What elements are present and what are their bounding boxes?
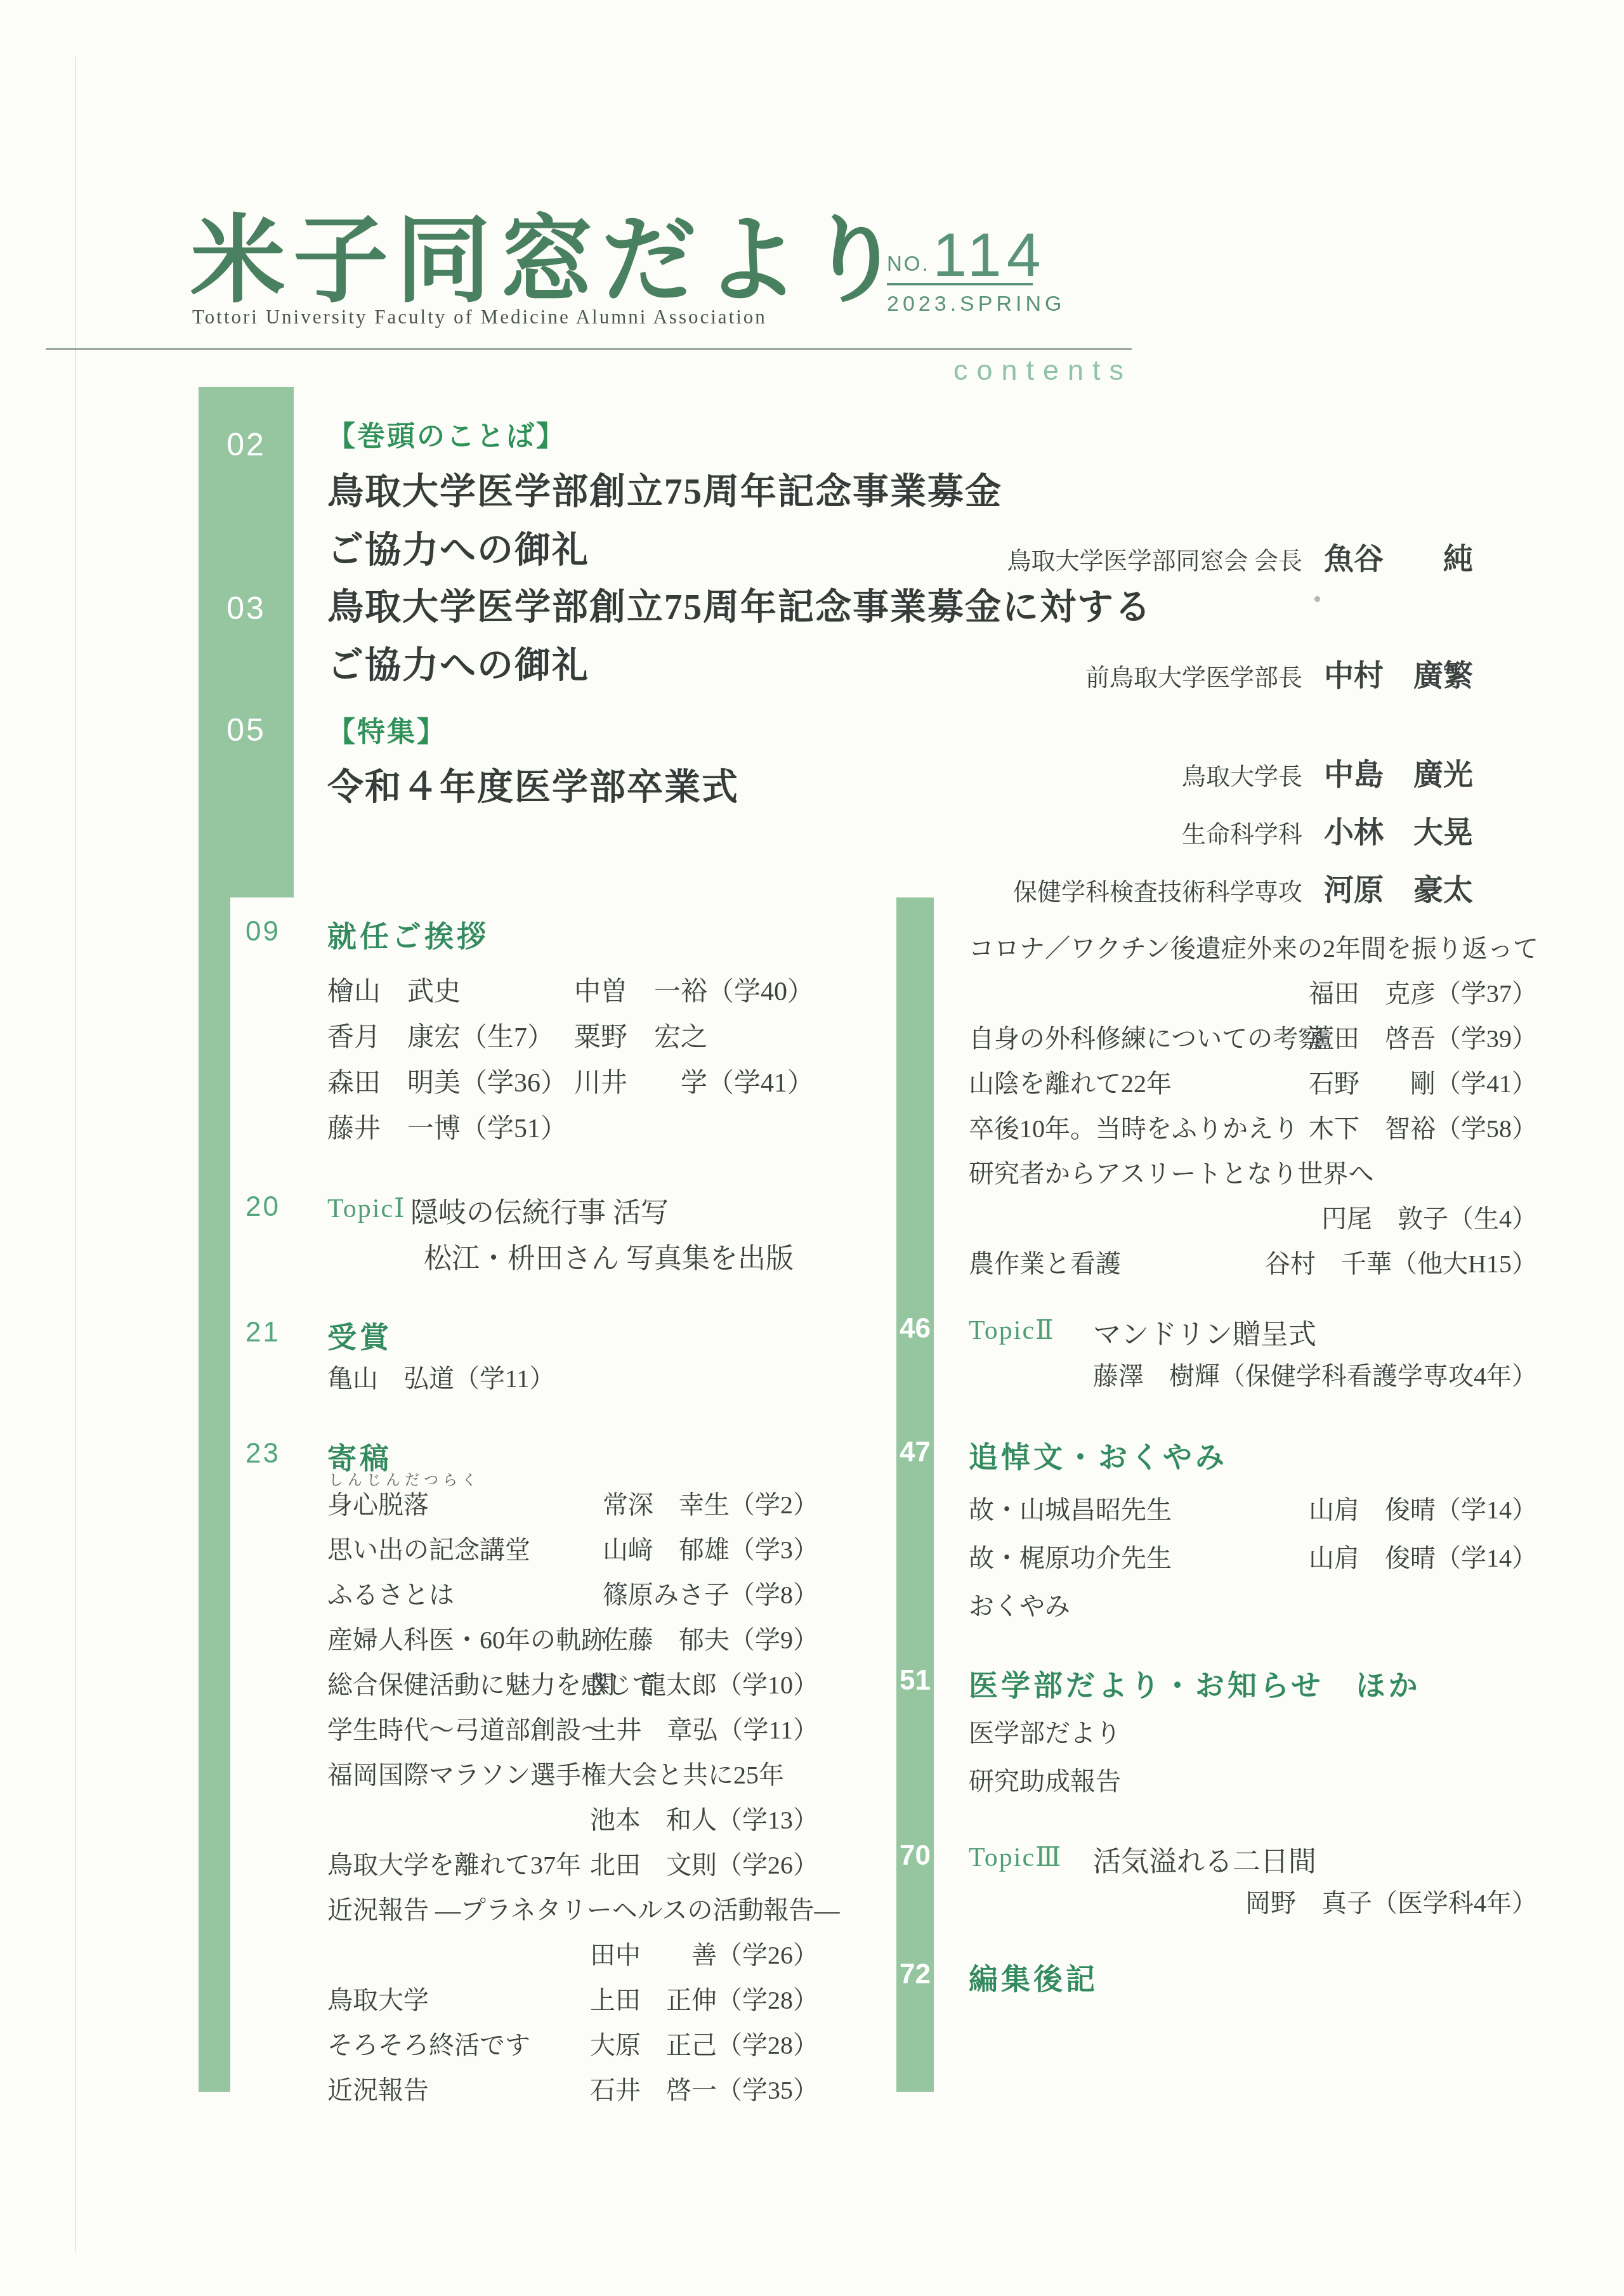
entry-author: 鳥取大学長 中島 廣光 — [1013, 750, 1473, 807]
entry-title-line1: 鳥取大学医学部創立75周年記念事業募金 — [327, 463, 1477, 521]
item-author: 石井 啓一（学35） — [590, 2070, 818, 2106]
toc-left-column: 09 就任ご挨拶 檜山 武史 中曽 一裕（学40） 香月 康宏（生7） 粟野 宏… — [244, 913, 818, 2115]
list-item: おくやみ — [896, 1586, 1537, 1634]
item-title: コロナ／ワクチン後遺症外来の2年間を振り返って — [969, 929, 1538, 965]
list-item: そろそろ終活です 大原 正己（学28） — [244, 2025, 818, 2070]
list-item: 鳥取大学 上田 正伸（学28） — [244, 1980, 818, 2025]
name-cell-1: 檜山 武史 — [327, 970, 461, 1008]
newsletter-title: 米子同窓だより — [190, 212, 910, 308]
left-column-bar — [199, 897, 230, 2092]
item-title: 鳥取大学 — [327, 1980, 429, 2016]
section-editors-note: 72 編集後記 — [896, 1956, 1537, 1995]
topic-row: 20 TopicⅠ 隠岐の伝統行事 活写 — [244, 1189, 818, 1234]
author-name: 小林 大晃 — [1324, 816, 1473, 849]
item-list: 亀山 弘道（学11） — [244, 1353, 818, 1404]
section-faculty-news: 51 医学部だより・お知らせ ほか 医学部だより 研究助成報告 — [896, 1662, 1537, 1810]
item-title: おくやみ — [969, 1586, 1070, 1622]
topic-title: マンドリン贈呈式 — [1093, 1312, 1316, 1352]
item-author: 石野 剛（学41） — [1309, 1064, 1537, 1100]
item-title: 山陰を離れて22年 — [969, 1064, 1172, 1100]
author-affiliation: 前鳥取大学医学部長 — [1085, 665, 1302, 691]
item-author: 常深 幸生（学2） — [603, 1485, 818, 1521]
author-affiliation: 鳥取大学長 — [1182, 764, 1302, 790]
page-number-70: 70 — [896, 1840, 934, 1872]
list-item: 研究助成報告 — [896, 1761, 1537, 1810]
page-number-05: 05 — [199, 712, 294, 748]
section-heading: 編集後記 — [969, 1956, 1098, 1998]
toc-entry-05: 【特集】 令和４年度医学部卒業式 鳥取大学長 中島 廣光 生命科学科 小林 大晃… — [327, 709, 1477, 817]
item-author: 大原 正己（学28） — [590, 2025, 818, 2061]
section-awards: 21 受賞 亀山 弘道（学11） — [244, 1314, 818, 1404]
item-author: 土井 章弘（学11） — [591, 1710, 818, 1746]
list-item: 研究者からアスリートとなり世界へ — [896, 1154, 1537, 1199]
item-title: 近況報告 ―プラネタリーヘルスの活動報告― — [327, 1890, 840, 1926]
item-title: 農作業と看護 — [969, 1244, 1121, 1280]
item-title: 故・山城昌昭先生 — [969, 1490, 1172, 1526]
entry-title-line1: 鳥取大学医学部創立75周年記念事業募金に対する — [327, 578, 1477, 637]
scan-fold-line — [75, 57, 76, 2252]
name-cell-1: 香月 康宏（生7） — [327, 1016, 554, 1054]
item-list: コロナ／ワクチン後遺症外来の2年間を振り返って 福田 克彦（学37） 自身の外科… — [896, 929, 1537, 1289]
section-heading: 受賞 — [327, 1314, 392, 1356]
page-number-03: 03 — [199, 590, 294, 627]
author-name: 中村 廣繁 — [1324, 660, 1473, 693]
list-item: ふるさとは 篠原みさ子（学8） — [244, 1575, 818, 1620]
list-item: 総合保健活動に魅力を感じて 関 龍太郎（学10） — [244, 1665, 818, 1710]
name-cell-1: 藤井 一博（学51） — [327, 1107, 567, 1145]
list-item: 檜山 武史 中曽 一裕（学40） — [244, 970, 818, 1016]
list-item: 田中 善（学26） — [244, 1935, 818, 1980]
list-item: 近況報告 石井 啓一（学35） — [244, 2070, 818, 2115]
list-item: 円尾 敦子（生4） — [896, 1199, 1537, 1244]
header-divider — [46, 348, 1132, 350]
section-heading: 医学部だより・お知らせ ほか — [969, 1662, 1421, 1704]
section-header: 09 就任ご挨拶 — [244, 913, 818, 953]
list-item: 池本 和人（学13） — [244, 1800, 818, 1845]
issue-season: 2023.SPRING — [887, 292, 1033, 316]
page-number-72: 72 — [896, 1959, 934, 1990]
subtitle-english: Tottori University Faculty of Medicine A… — [192, 306, 767, 329]
section-topic-3: 70 TopicⅢ 活気溢れる二日間 岡野 真子（医学科4年） — [896, 1837, 1537, 1928]
name-cell-2: 粟野 宏之 — [574, 1016, 707, 1054]
list-item: 福田 克彦（学37） — [896, 974, 1537, 1019]
item-title: 産婦人科医・60年の軌跡 — [327, 1620, 606, 1656]
entry-category: 【巻頭のことば】 — [327, 414, 1477, 454]
toc-entry-03: 鳥取大学医学部創立75周年記念事業募金に対する ご協力への御礼 前鳥取大学医学部… — [327, 578, 1477, 695]
list-item: 思い出の記念講堂 山﨑 郁雄（学3） — [244, 1530, 818, 1575]
author-affiliation: 生命科学科 — [1182, 821, 1302, 848]
item-list: 身心脱落 常深 幸生（学2） 思い出の記念講堂 山﨑 郁雄（学3） ふるさとは … — [244, 1485, 818, 2115]
item-list: 故・山城昌昭先生 山肩 俊晴（学14） 故・梶原功介先生 山肩 俊晴（学14） … — [896, 1473, 1537, 1634]
issue-number: NO. 114 — [887, 230, 1033, 285]
item-author: 田中 善（学26） — [590, 1935, 818, 1971]
list-item: 近況報告 ―プラネタリーヘルスの活動報告― — [244, 1890, 818, 1935]
item-author: 円尾 敦子（生4） — [1321, 1199, 1537, 1235]
item-author: 北田 文則（学26） — [590, 1845, 818, 1881]
issue-no-value: 114 — [933, 220, 1046, 289]
topic-subtitle: 松江・枡田さん 写真集を出版 — [424, 1236, 794, 1276]
section-topic-1: 20 TopicⅠ 隠岐の伝統行事 活写 松江・枡田さん 写真集を出版 — [244, 1189, 818, 1280]
topic-row: 46 TopicⅡ マンドリン贈呈式 — [896, 1310, 1537, 1356]
item-title: そろそろ終活です — [327, 2025, 530, 2061]
section-header: 51 医学部だより・お知らせ ほか — [896, 1662, 1537, 1702]
list-item: 身心脱落 常深 幸生（学2） — [244, 1485, 818, 1530]
section-header: 21 受賞 — [244, 1314, 818, 1353]
scanned-toc-page: { "colors": { "block_green": "#96c6a0", … — [0, 0, 1624, 2296]
item-author: 佐藤 郁夫（学9） — [603, 1620, 818, 1656]
topic-row: 70 TopicⅢ 活気溢れる二日間 — [896, 1837, 1537, 1883]
section-topic-2: 46 TopicⅡ マンドリン贈呈式 藤澤 樹輝（保健学科看護学専攻4年） — [896, 1310, 1537, 1401]
list-item: 森田 明美（学36） 川井 学（学41） — [244, 1062, 818, 1107]
item-title: 近況報告 — [327, 2070, 429, 2106]
author-affiliation: 保健学科検査技術科学専攻 — [1013, 879, 1302, 906]
name-list: 檜山 武史 中曽 一裕（学40） 香月 康宏（生7） 粟野 宏之 森田 明美（学… — [244, 953, 818, 1153]
entry-author: 鳥取大学医学部同窓会 会長 魚谷 純 — [1007, 535, 1473, 578]
list-item: 故・梶原功介先生 山肩 俊晴（学14） — [896, 1538, 1537, 1586]
toc-right-column: コロナ／ワクチン後遺症外来の2年間を振り返って 福田 克彦（学37） 自身の外科… — [896, 913, 1537, 1995]
item-author: 藤澤 樹輝（保健学科看護学専攻4年） — [1093, 1356, 1537, 1392]
author-name: 河原 豪太 — [1324, 874, 1473, 907]
name-cell-2: 川井 学（学41） — [574, 1062, 814, 1100]
item-author: 上田 正伸（学28） — [590, 1980, 818, 2016]
list-item: 故・山城昌昭先生 山肩 俊晴（学14） — [896, 1490, 1537, 1538]
topic-label: TopicⅢ — [969, 1841, 1063, 1873]
topic-title: 活気溢れる二日間 — [1093, 1839, 1316, 1879]
entry-author: 生命科学科 小林 大晃 — [1013, 807, 1473, 865]
item-title: 身心脱落 — [327, 1485, 429, 1521]
item-title: 卒後10年。当時をふりかえり — [969, 1109, 1299, 1145]
item-author: 福田 克彦（学37） — [1309, 974, 1537, 1010]
item-list: 医学部だより 研究助成報告 — [896, 1702, 1537, 1810]
list-item: 亀山 弘道（学11） — [244, 1359, 818, 1404]
issue-no-label: NO. — [887, 252, 930, 275]
item-title: 故・梶原功介先生 — [969, 1538, 1172, 1574]
list-item: コロナ／ワクチン後遺症外来の2年間を振り返って — [896, 929, 1537, 974]
item-author: 蘆田 啓吾（学39） — [1309, 1019, 1537, 1055]
toc-entry-02: 【巻頭のことば】 鳥取大学医学部創立75周年記念事業募金 ご協力への御礼 鳥取大… — [327, 414, 1477, 580]
item-title: 思い出の記念講堂 — [327, 1530, 530, 1566]
list-item: 卒後10年。当時をふりかえり 木下 智裕（学58） — [896, 1109, 1537, 1154]
author-affiliation: 鳥取大学医学部同窓会 会長 — [1007, 548, 1302, 575]
topic-author-row: 藤澤 樹輝（保健学科看護学専攻4年） — [896, 1356, 1537, 1401]
issue-number-block: NO. 114 2023.SPRING — [887, 230, 1033, 316]
page-number-21: 21 — [246, 1317, 280, 1348]
section-heading: 寄稿 — [327, 1435, 392, 1477]
entry-author-list: 鳥取大学長 中島 廣光 生命科学科 小林 大晃 保健学科検査技術科学専攻 河原 … — [1013, 750, 1473, 923]
list-item: 医学部だより — [896, 1713, 1537, 1761]
item-title: 医学部だより — [969, 1713, 1121, 1749]
item-author: 木下 智裕（学58） — [1309, 1109, 1537, 1145]
topic-row: 松江・枡田さん 写真集を出版 — [244, 1234, 818, 1280]
list-item: 産婦人科医・60年の軌跡 佐藤 郁夫（学9） — [244, 1620, 818, 1665]
item-author: 山肩 俊晴（学14） — [1309, 1538, 1537, 1574]
name-cell-1: 森田 明美（学36） — [327, 1062, 567, 1100]
contents-label: contents — [863, 354, 1132, 387]
item-title: 研究者からアスリートとなり世界へ — [969, 1154, 1373, 1190]
section-header: 23 寄稿 — [244, 1435, 818, 1468]
item-title: ふるさとは — [327, 1575, 454, 1611]
name-cell-2: 中曽 一裕（学40） — [574, 970, 814, 1008]
list-item: 山陰を離れて22年 石野 剛（学41） — [896, 1064, 1537, 1109]
item-author: 篠原みさ子（学8） — [603, 1575, 818, 1611]
featured-page-number-bar: 02 03 05 — [199, 387, 294, 897]
item-author: 谷村 千華（他大H15） — [1265, 1244, 1537, 1280]
list-item: 香月 康宏（生7） 粟野 宏之 — [244, 1016, 818, 1062]
page-number-46: 46 — [896, 1313, 934, 1345]
list-item: 学生時代～弓道部創設～ 土井 章弘（学11） — [244, 1710, 818, 1755]
page-number-47: 47 — [896, 1437, 934, 1468]
section-contributions: 23 寄稿 しんじんだつらく 身心脱落 常深 幸生（学2） 思い出の記念講堂 山… — [244, 1435, 818, 2115]
item-author: 池本 和人（学13） — [590, 1800, 818, 1836]
item-title: 学生時代～弓道部創設～ — [327, 1710, 606, 1746]
entry-author: 前鳥取大学医学部長 中村 廣繁 — [1085, 652, 1473, 695]
author-name: 魚谷 純 — [1324, 543, 1473, 576]
item-title: 研究助成報告 — [969, 1761, 1121, 1797]
list-item: 鳥取大学を離れて37年 北田 文則（学26） — [244, 1845, 818, 1890]
entry-category: 【特集】 — [327, 709, 1477, 750]
item-title: 自身の外科修練についての考察 — [969, 1019, 1323, 1055]
item-author: 山﨑 郁雄（学3） — [603, 1530, 818, 1566]
item-title: 鳥取大学を離れて37年 — [327, 1845, 581, 1881]
section-appointments: 09 就任ご挨拶 檜山 武史 中曽 一裕（学40） 香月 康宏（生7） 粟野 宏… — [244, 913, 818, 1153]
item-author: 山肩 俊晴（学14） — [1309, 1490, 1537, 1526]
item-author: 関 龍太郎（学10） — [590, 1665, 818, 1701]
section-header: 47 追悼文・おくやみ — [896, 1434, 1537, 1473]
author-name: 中島 廣光 — [1324, 759, 1473, 792]
page-number-23: 23 — [246, 1438, 280, 1470]
page-number-51: 51 — [896, 1665, 934, 1697]
section-contributions-continued: コロナ／ワクチン後遺症外来の2年間を振り返って 福田 克彦（学37） 自身の外科… — [896, 913, 1537, 1289]
topic-author-row: 岡野 真子（医学科4年） — [896, 1883, 1537, 1928]
topic-label: TopicⅡ — [969, 1314, 1055, 1346]
list-item: 農作業と看護 谷村 千華（他大H15） — [896, 1244, 1537, 1289]
list-item: 福岡国際マラソン選手権大会と共に25年 — [244, 1755, 818, 1800]
section-heading: 就任ご挨拶 — [327, 913, 489, 955]
list-item: 藤井 一博（学51） — [244, 1107, 818, 1153]
section-header: 72 編集後記 — [896, 1956, 1537, 1995]
page-number-20: 20 — [246, 1191, 280, 1223]
topic-title: 隠岐の伝統行事 活写 — [410, 1190, 669, 1230]
page-number-02: 02 — [199, 426, 294, 463]
section-obituaries: 47 追悼文・おくやみ 故・山城昌昭先生 山肩 俊晴（学14） 故・梶原功介先生… — [896, 1434, 1537, 1634]
topic-label: TopicⅠ — [327, 1192, 406, 1224]
item-title: 福岡国際マラソン選手権大会と共に25年 — [327, 1755, 784, 1791]
item-author: 岡野 真子（医学科4年） — [1245, 1883, 1537, 1919]
section-heading: 追悼文・おくやみ — [969, 1434, 1228, 1476]
page-number-09: 09 — [246, 916, 280, 948]
item-title: 亀山 弘道（学11） — [327, 1359, 555, 1395]
list-item: 自身の外科修練についての考察 蘆田 啓吾（学39） — [896, 1019, 1537, 1064]
